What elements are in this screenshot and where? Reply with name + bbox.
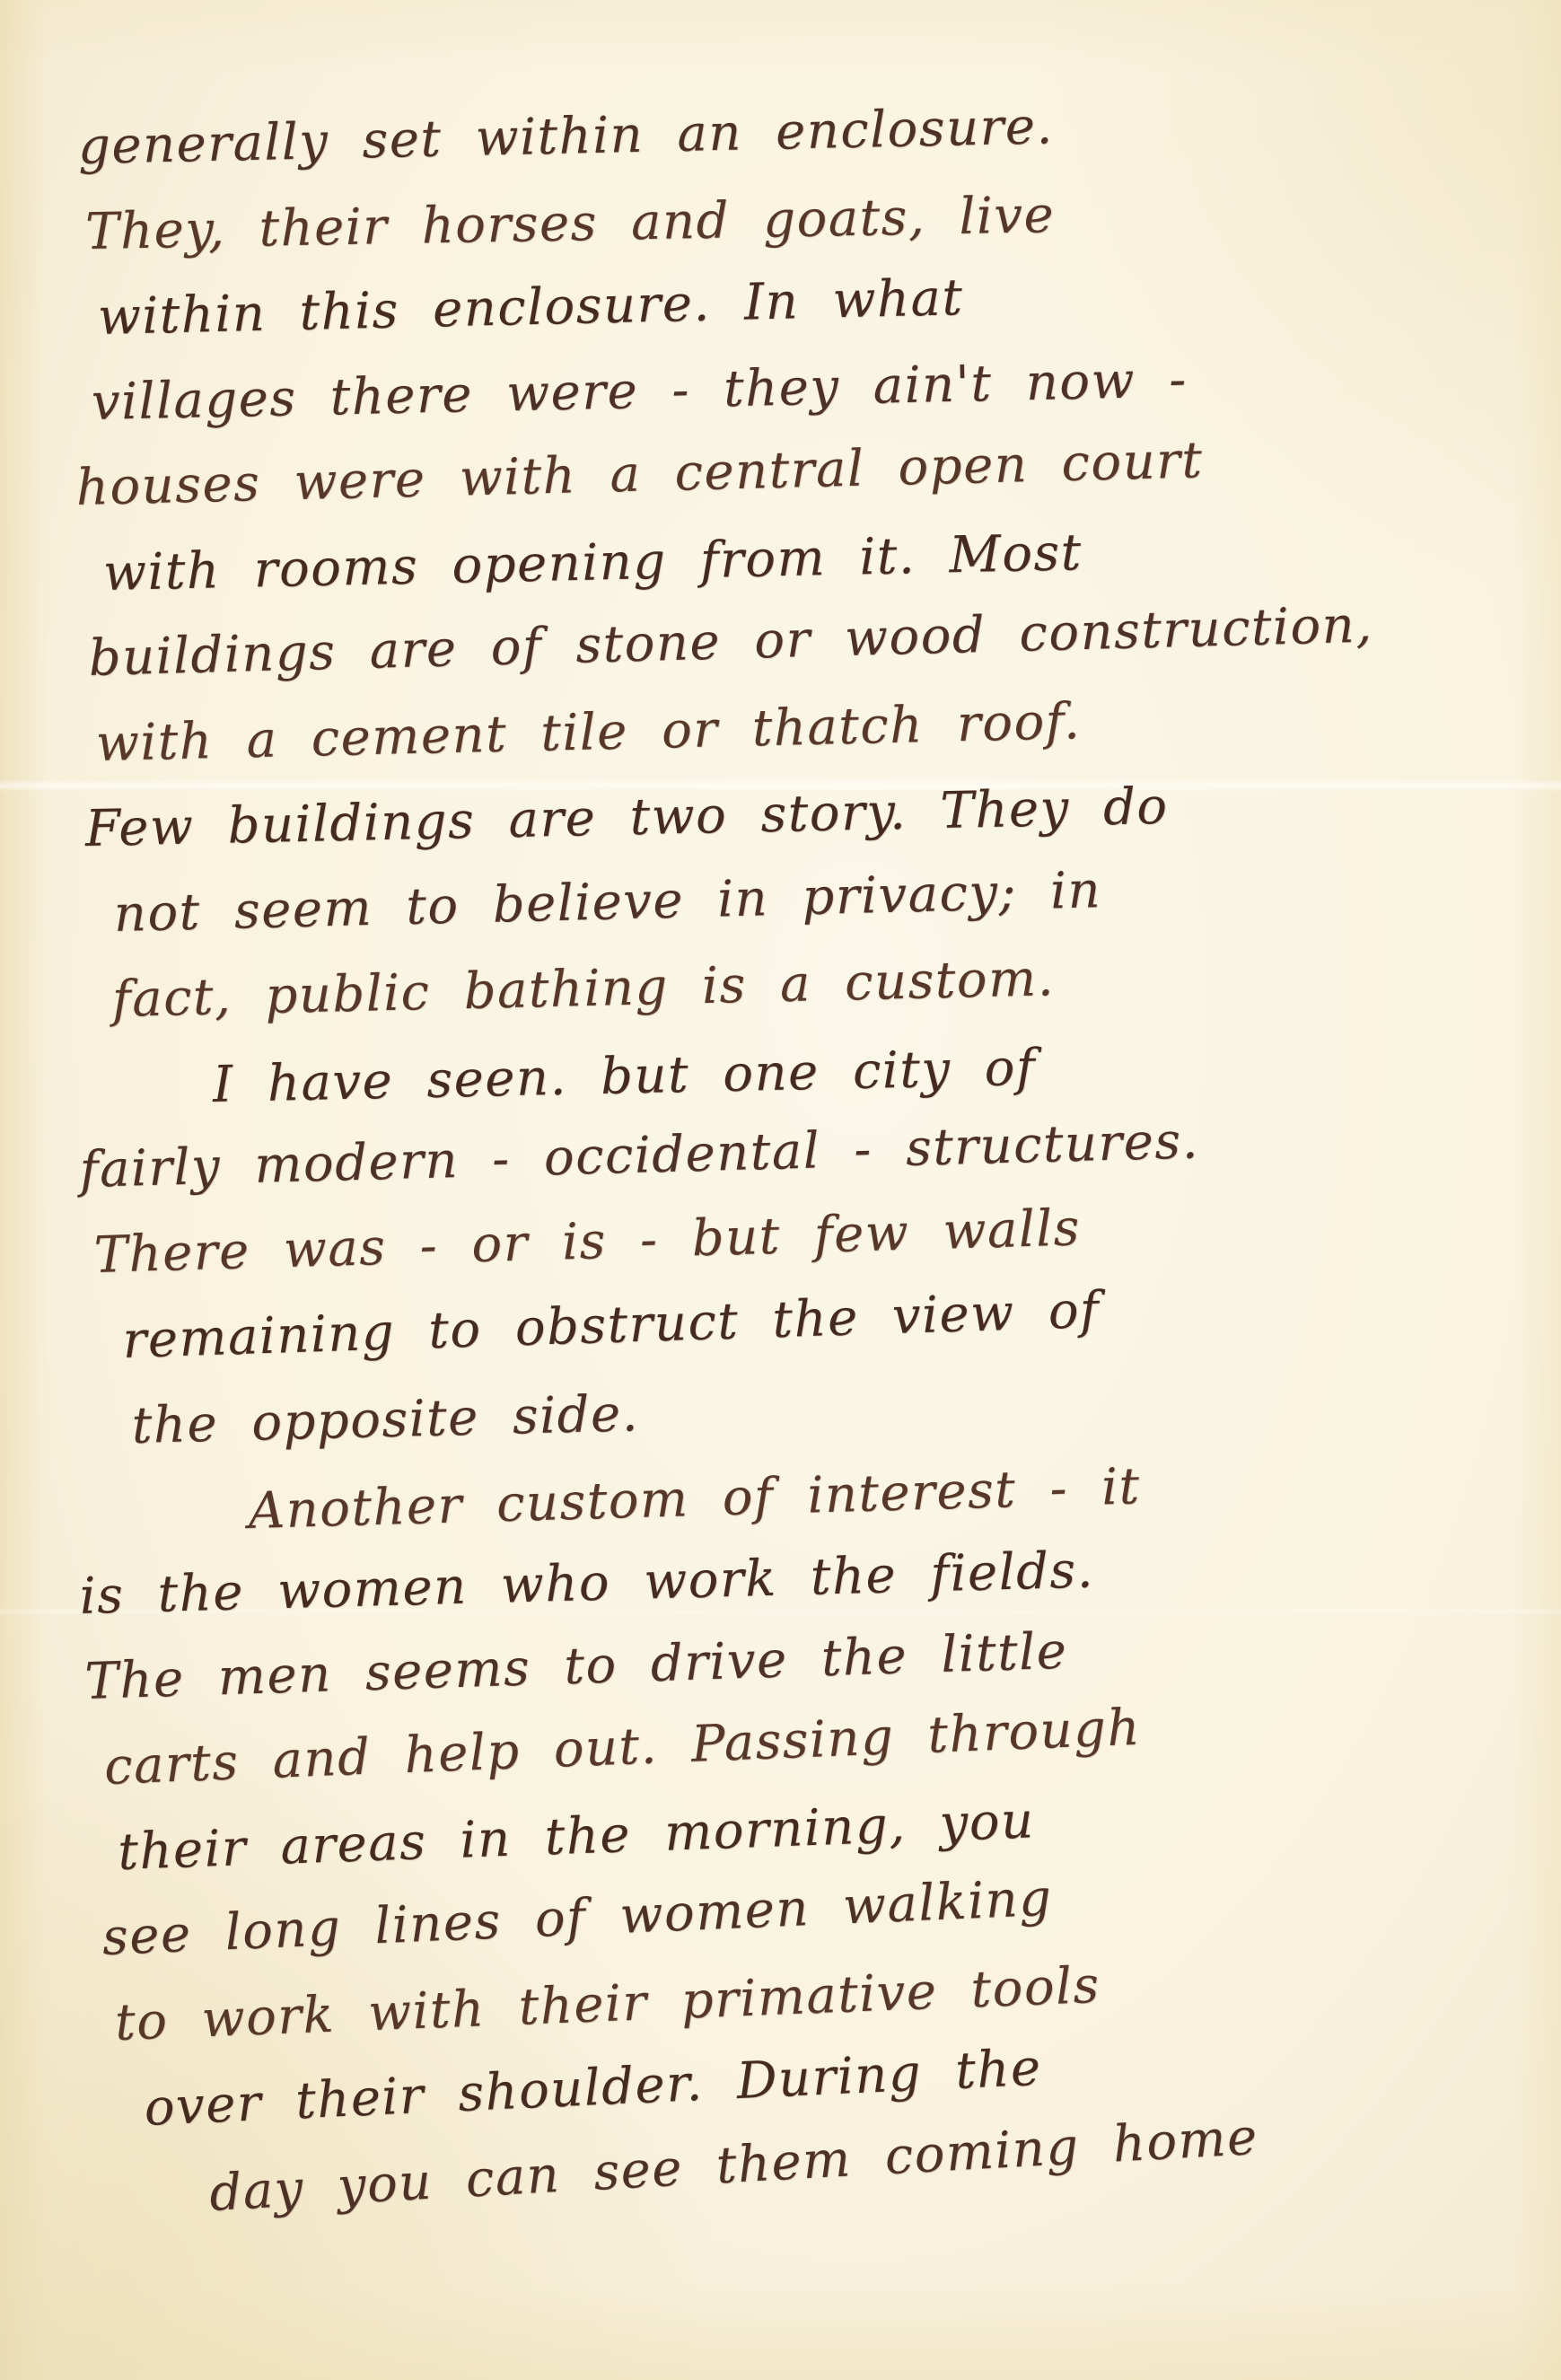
paragraph: Another custom of interest - itis the wo… (79, 1469, 1534, 2236)
paragraph: generally set within an enclosure.They, … (79, 104, 1534, 1042)
letter-text: generally set within an enclosure.They, … (79, 104, 1534, 2236)
paragraph: I have seen. but one city offairly moder… (79, 1042, 1534, 1469)
letter-page: generally set within an enclosure.They, … (0, 0, 1561, 2380)
